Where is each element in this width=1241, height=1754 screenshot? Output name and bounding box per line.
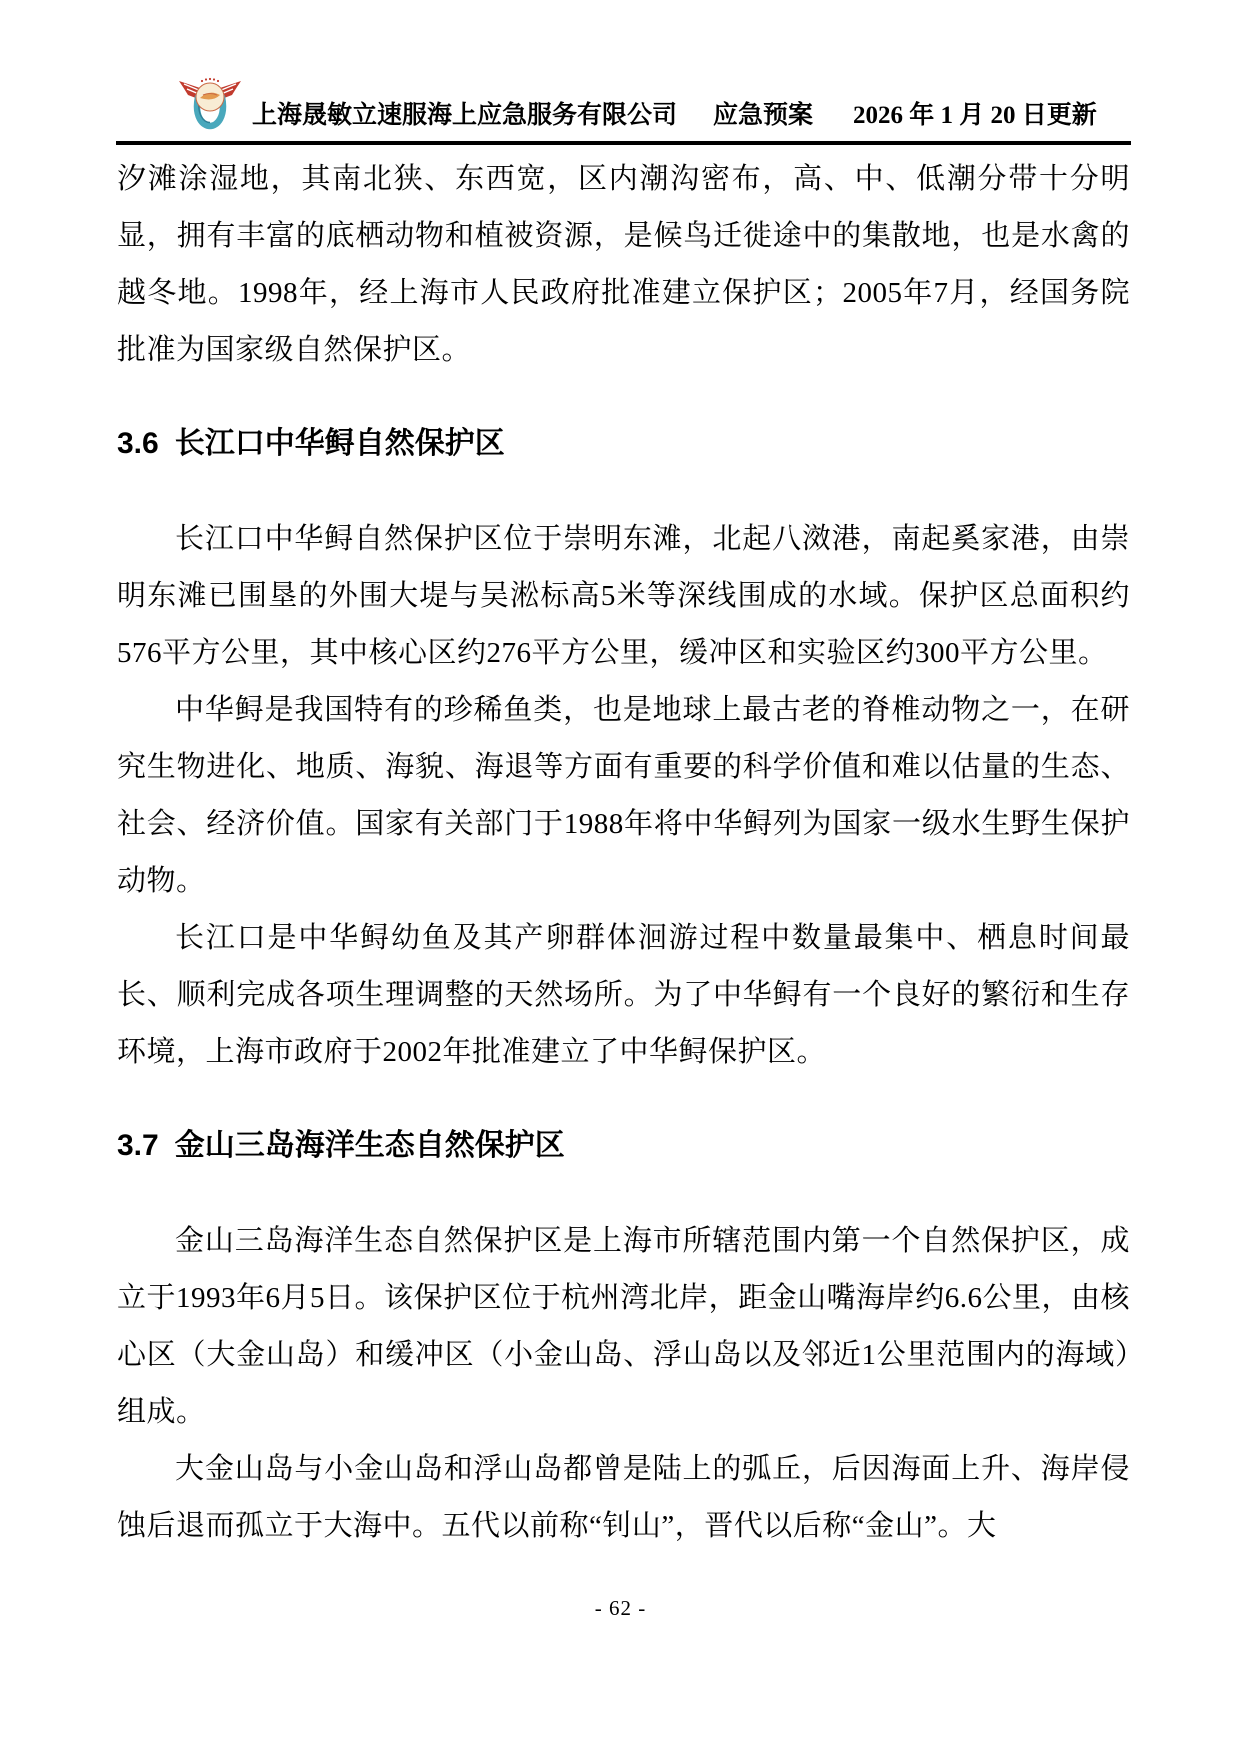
header-updated-date: 2026 年 1 月 20 日更新 xyxy=(853,103,1097,128)
header-row: 上海晟敏立速服海上应急服务有限公司 应急预案 2026 年 1 月 20 日更新 xyxy=(0,0,1241,134)
header-title-line: 上海晟敏立速服海上应急服务有限公司 应急预案 2026 年 1 月 20 日更新 xyxy=(252,103,1097,128)
emblem-arc-text xyxy=(201,78,219,82)
paragraph: 中华鲟是我国特有的珍稀鱼类，也是地球上最古老的脊椎动物之一，在研究生物进化、地质… xyxy=(117,682,1130,910)
document-page: 上海晟敏立速服海上应急服务有限公司 应急预案 2026 年 1 月 20 日更新… xyxy=(0,0,1241,1754)
company-emblem-icon xyxy=(176,70,244,134)
paragraph: 长江口是中华鲟幼鱼及其产卵群体洄游过程中数量最集中、栖息时间最长、顺利完成各项生… xyxy=(117,910,1130,1081)
section-title: 长江口中华鲟自然保护区 xyxy=(175,427,505,460)
section-number: 3.7 xyxy=(117,1129,159,1162)
document-body: 汐滩涂湿地，其南北狭、东西宽，区内潮沟密布，高、中、低潮分带十分明显，拥有丰富的… xyxy=(117,151,1130,1555)
header-doc-type: 应急预案 xyxy=(713,103,813,128)
section-heading-3-7: 3.7金山三岛海洋生态自然保护区 xyxy=(117,1125,1130,1167)
page-footer: - 62 - xyxy=(0,1596,1241,1621)
header-divider xyxy=(116,141,1131,145)
paragraph: 长江口中华鲟自然保护区位于崇明东滩，北起八滧港，南起奚家港，由崇明东滩已围垦的外… xyxy=(117,511,1130,682)
section-number: 3.6 xyxy=(117,427,159,460)
page-number: - 62 - xyxy=(595,1596,647,1620)
page-header: 上海晟敏立速服海上应急服务有限公司 应急预案 2026 年 1 月 20 日更新 xyxy=(0,0,1241,145)
paragraph: 金山三岛海洋生态自然保护区是上海市所辖范围内第一个自然保护区，成立于1993年6… xyxy=(117,1213,1130,1441)
header-company-name: 上海晟敏立速服海上应急服务有限公司 xyxy=(252,103,677,128)
paragraph-intro-continuation: 汐滩涂湿地，其南北狭、东西宽，区内潮沟密布，高、中、低潮分带十分明显，拥有丰富的… xyxy=(117,151,1130,379)
section-heading-3-6: 3.6长江口中华鲟自然保护区 xyxy=(117,423,1130,465)
paragraph: 大金山岛与小金山岛和浮山岛都曾是陆上的弧丘，后因海面上升、海岸侵蚀后退而孤立于大… xyxy=(117,1441,1130,1555)
emblem-center-disc-icon xyxy=(196,83,224,111)
section-title: 金山三岛海洋生态自然保护区 xyxy=(175,1129,565,1162)
